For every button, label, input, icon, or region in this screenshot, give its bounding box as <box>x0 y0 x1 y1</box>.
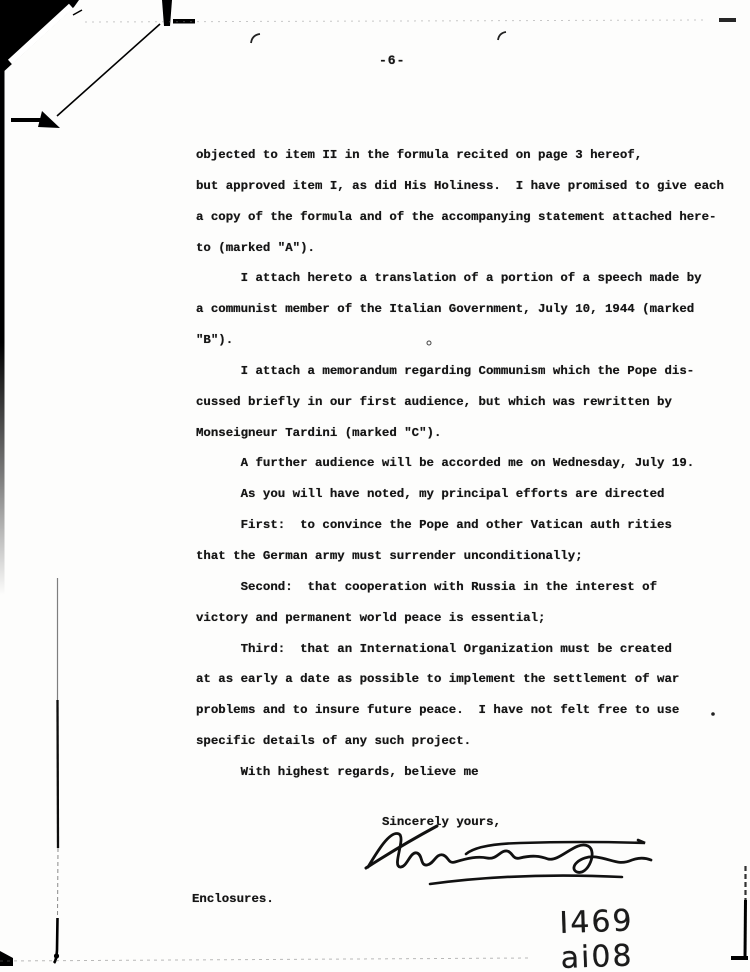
text-line: As you will have noted, my principal eff… <box>196 479 741 510</box>
text-line: Second: that cooperation with Russia in … <box>196 572 741 603</box>
text-line: objected to item II in the formula recit… <box>196 140 741 171</box>
text-line: victory and permanent world peace is ess… <box>196 603 741 634</box>
folded-corner-artifact <box>0 0 195 128</box>
bottom-left-blob <box>0 951 13 966</box>
text-line: A further audience will be accorded me o… <box>196 448 741 479</box>
text-line: problems and to insure future peace. I h… <box>196 695 741 726</box>
crease-blob <box>54 953 59 958</box>
closing-line: Sincerely yours, <box>382 815 501 829</box>
text-line: Monseigneur Tardini (marked "C"). <box>196 418 741 449</box>
text-line: Third: that an International Organizatio… <box>196 634 741 665</box>
page-number: -6- <box>379 53 405 68</box>
text-line: I attach a memorandum regarding Communis… <box>196 356 741 387</box>
text-line: but approved item I, as did His Holiness… <box>196 171 741 202</box>
top-scan-dotted-line <box>85 20 705 22</box>
text-line: that the German army must surrender unco… <box>196 541 741 572</box>
text-line: at as early a date as possible to implem… <box>196 664 741 695</box>
text-line: I attach hereto a translation of a porti… <box>196 263 741 294</box>
enclosures-label: Enclosures. <box>192 892 274 906</box>
text-line: a communist member of the Italian Govern… <box>196 294 741 325</box>
bottom-scan-dotted-line <box>0 958 530 961</box>
text-line: cussed briefly in our first audience, bu… <box>196 387 741 418</box>
body-text: objected to item II in the formula recit… <box>196 140 741 788</box>
left-crease-line <box>54 578 58 963</box>
text-line: First: to convince the Pope and other Va… <box>196 510 741 541</box>
scanned-letter-page: -6- objected to item II in the formula r… <box>0 0 750 972</box>
handwritten-archive-note: I469 ai08 <box>559 900 731 972</box>
text-line: to (marked "A"). <box>196 233 741 264</box>
text-line: specific details of any such project. <box>196 726 741 757</box>
text-line: "B"). <box>196 325 741 356</box>
signature-scrawl <box>366 826 651 884</box>
right-edge-scan-line <box>731 866 748 958</box>
text-line: With highest regards, believe me <box>196 757 741 788</box>
left-edge-scan-line <box>0 70 5 595</box>
text-line: a copy of the formula and of the accompa… <box>196 202 741 233</box>
top-right-dash <box>719 18 736 22</box>
